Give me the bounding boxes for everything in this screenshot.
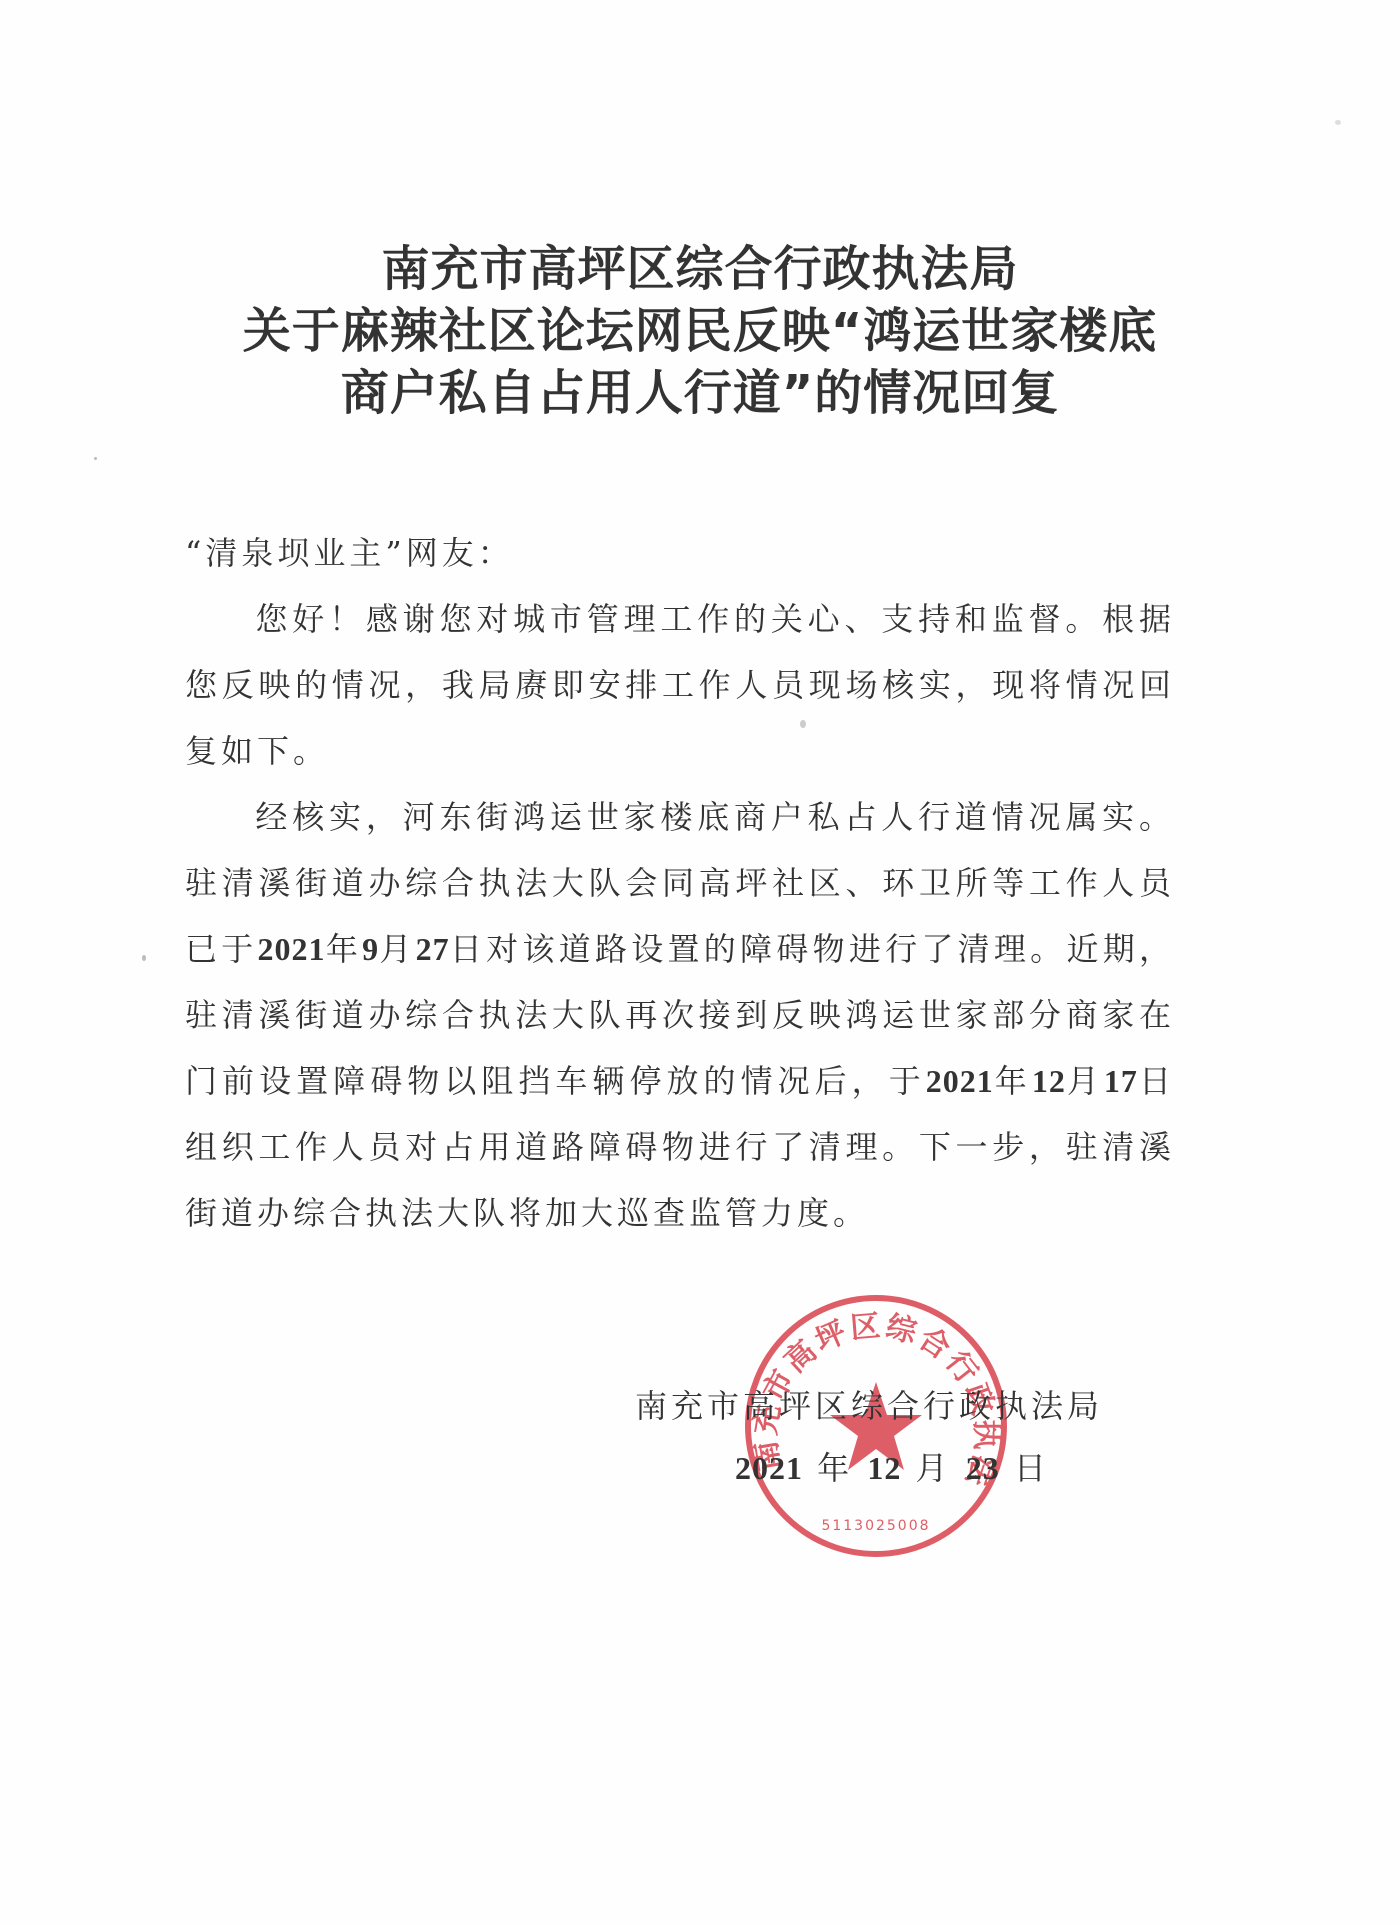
signature-organization: 南充市高坪区综合行政执法局: [635, 1375, 1135, 1437]
title-line-1: 南充市高坪区综合行政执法局: [0, 238, 1400, 300]
text-segment: 月: [379, 930, 416, 968]
scan-speck: [1335, 120, 1341, 125]
month-number: 9: [362, 931, 379, 967]
paragraph-findings: 经核实，河东街鸿运世家楼底商户私占人行道情况属实。驻清溪街道办综合执法大队会同高…: [185, 784, 1175, 1246]
date-day: 23: [966, 1450, 1000, 1486]
scan-speck: [142, 955, 146, 961]
date-unit: 年: [817, 1449, 853, 1487]
year-number: 2021: [258, 931, 326, 967]
signature-block: 南充市高坪区综合行政执法局 2021 年 12 月 23 日: [635, 1375, 1135, 1499]
date-unit: 月: [916, 1449, 952, 1487]
title-line-3: 商户私自占用人行道”的情况回复: [0, 362, 1400, 424]
month-number: 12: [1032, 1063, 1066, 1099]
text-segment: 年: [994, 1062, 1032, 1100]
title-line-2: 关于麻辣社区论坛网民反映“鸿运世家楼底: [0, 300, 1400, 362]
document-title: 南充市高坪区综合行政执法局 关于麻辣社区论坛网民反映“鸿运世家楼底 商户私自占用…: [0, 238, 1400, 424]
day-number: 27: [416, 931, 450, 967]
text-segment: 月: [1066, 1062, 1104, 1100]
date-year: 2021: [735, 1450, 803, 1486]
salutation: “清泉坝业主”网友：: [185, 520, 1175, 586]
day-number: 17: [1104, 1063, 1138, 1099]
text-segment: 年: [326, 930, 363, 968]
signature-date: 2021 年 12 月 23 日: [635, 1437, 1135, 1499]
document-body: “清泉坝业主”网友： 您好！感谢您对城市管理工作的关心、支持和监督。根据您反映的…: [185, 520, 1175, 1246]
date-unit: 日: [1014, 1449, 1050, 1487]
paragraph-greeting: 您好！感谢您对城市管理工作的关心、支持和监督。根据您反映的情况，我局赓即安排工作…: [185, 586, 1175, 784]
document-page: 南充市高坪区综合行政执法局 关于麻辣社区论坛网民反映“鸿运世家楼底 商户私自占用…: [0, 0, 1400, 1925]
year-number: 2021: [926, 1063, 994, 1099]
date-month: 12: [867, 1450, 901, 1486]
scan-speck: [94, 457, 97, 460]
svg-text:5113025008: 5113025008: [821, 1518, 930, 1534]
